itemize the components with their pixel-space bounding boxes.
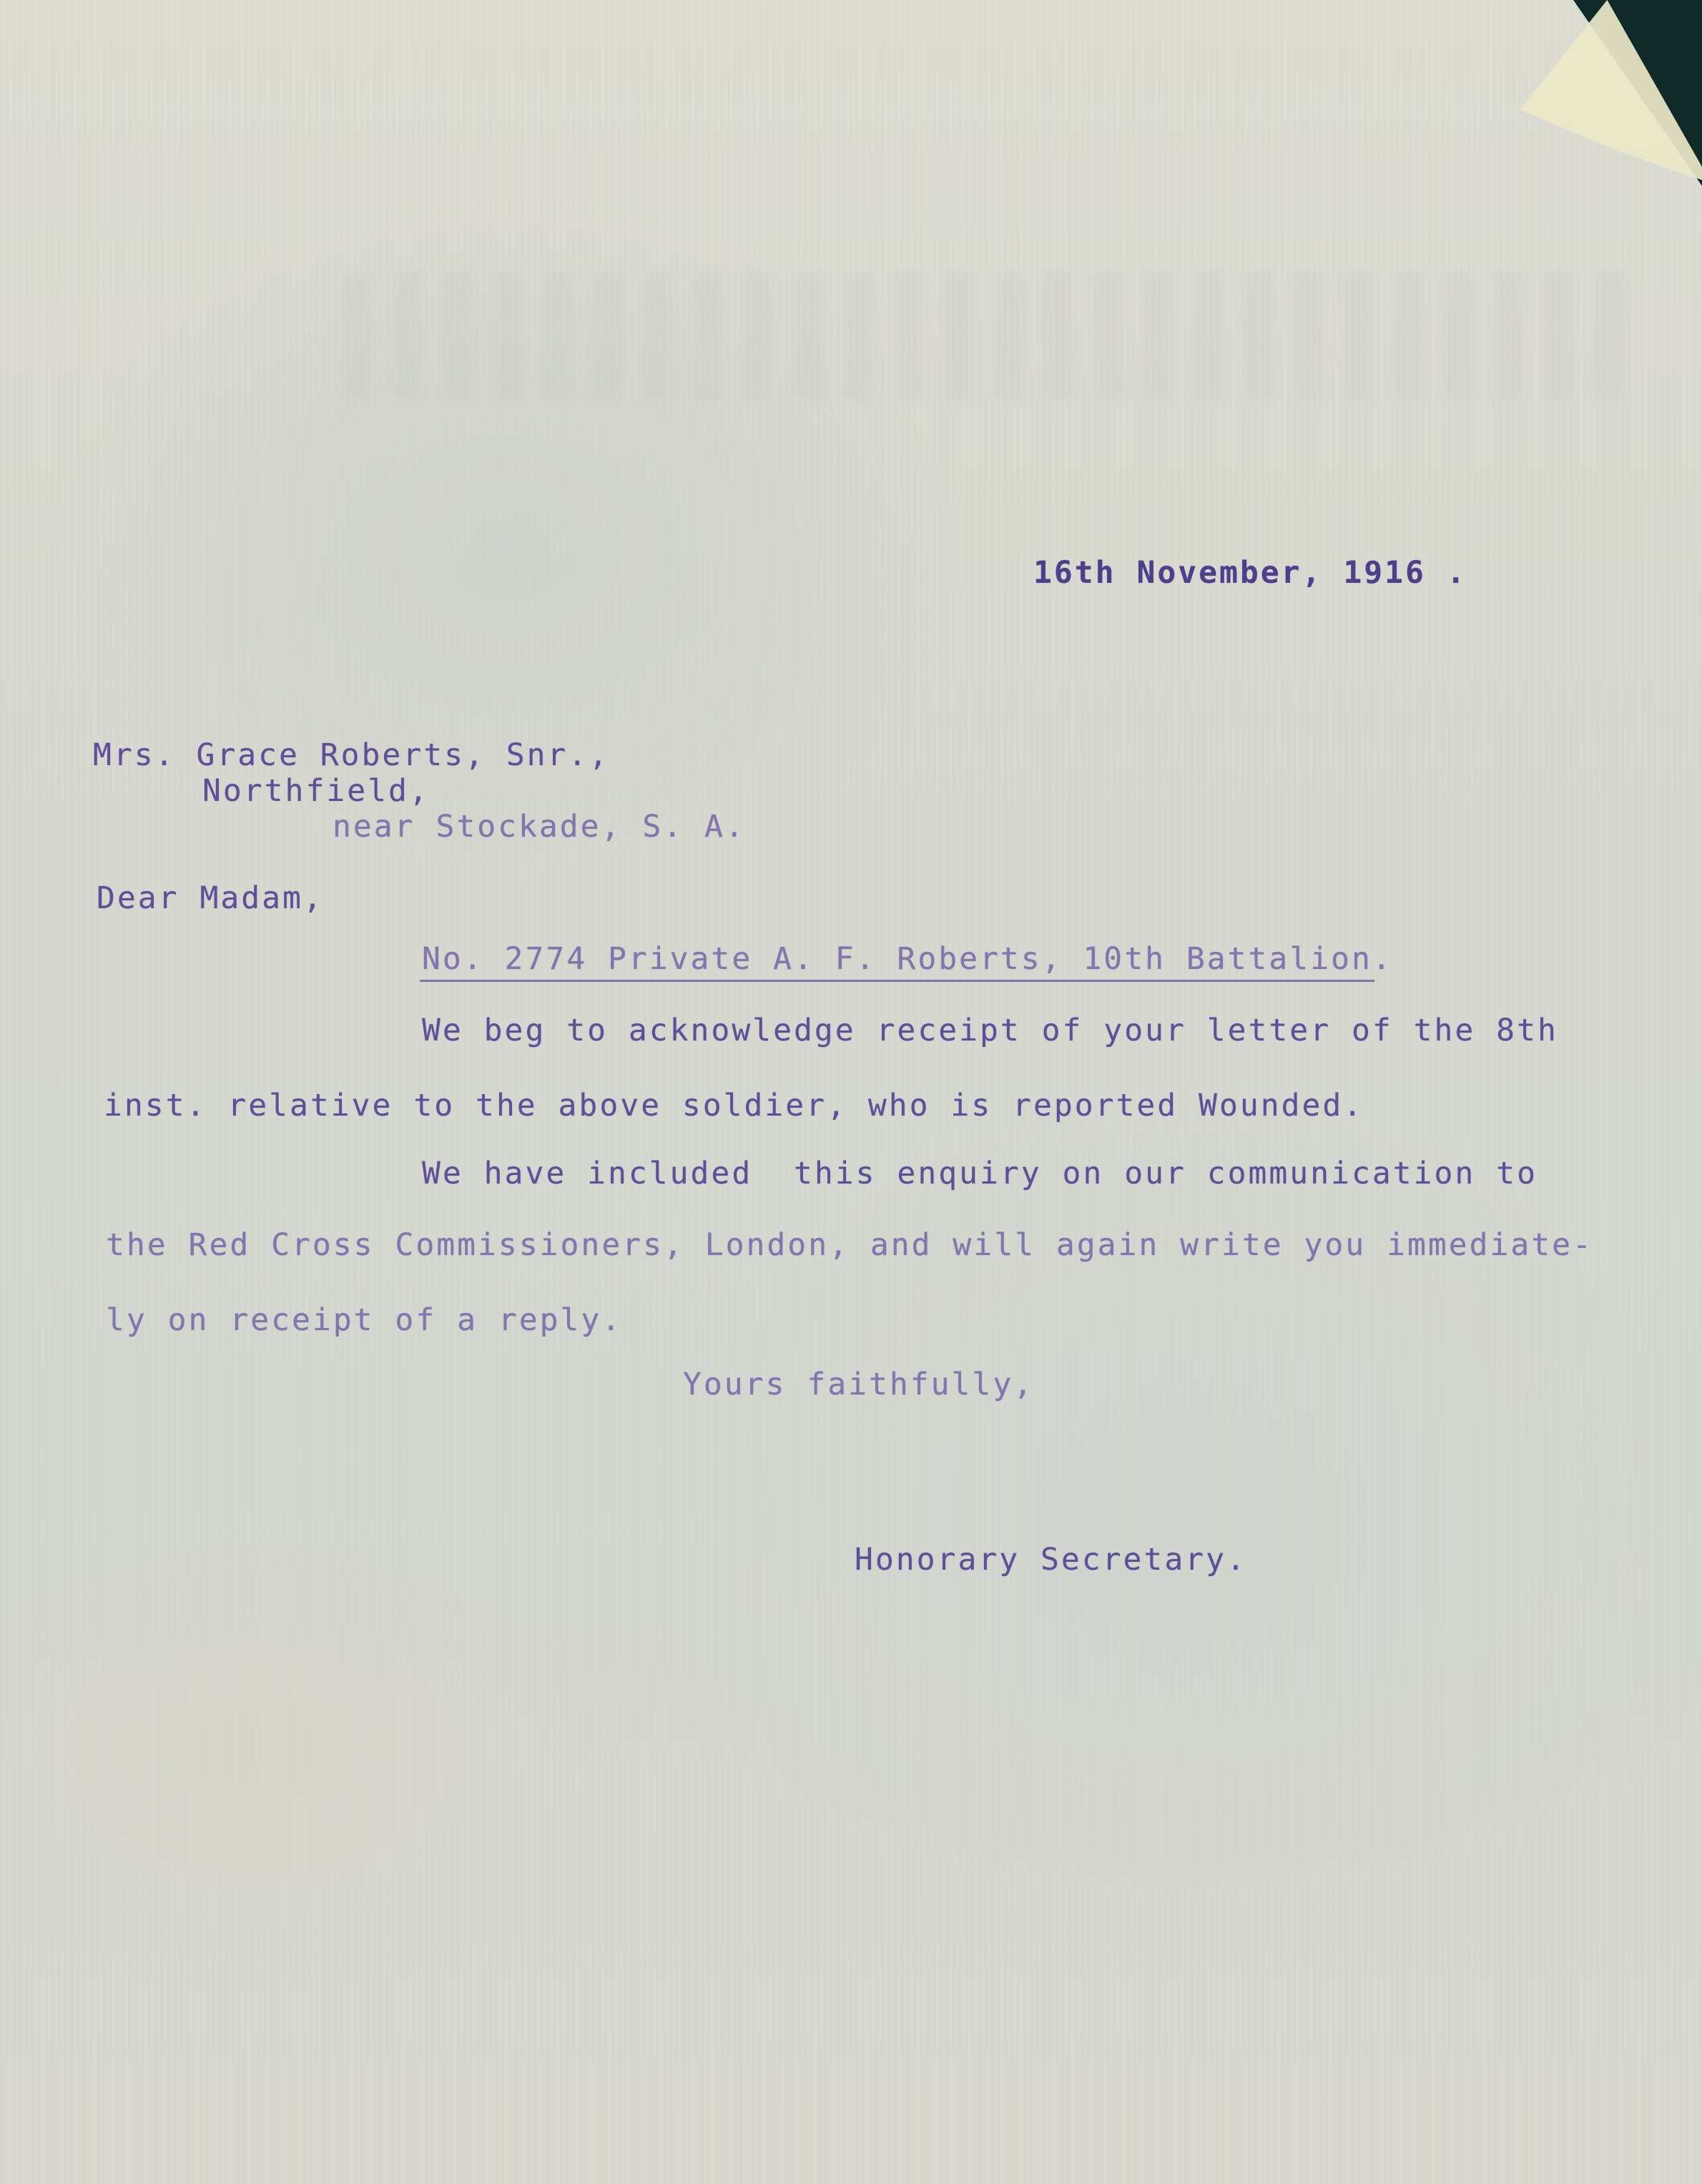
reference-underline — [420, 980, 1374, 982]
recipient-address-line2: near Stockade, S. A. — [333, 812, 746, 842]
body-paragraph2-line1: We have included this enquiry on our com… — [422, 1159, 1538, 1189]
letterhead-bleedthrough — [343, 272, 1645, 400]
signature-title: Honorary Secretary. — [855, 1545, 1247, 1575]
reference-line: No. 2774 Private A. F. Roberts, 10th Bat… — [422, 944, 1393, 975]
salutation: Dear Madam, — [97, 883, 324, 914]
body-paragraph1-line2: inst. relative to the above soldier, who… — [104, 1091, 1364, 1121]
letter-date: 16th November, 1916 . — [1033, 558, 1467, 589]
body-paragraph2-line3: ly on receipt of a reply. — [106, 1305, 622, 1336]
body-paragraph2-line2: the Red Cross Commissioners, London, and… — [106, 1230, 1593, 1261]
body-paragraph1-line1: We beg to acknowledge receipt of your le… — [422, 1015, 1558, 1046]
recipient-name: Mrs. Grace Roberts, Snr., — [93, 740, 609, 771]
closing: Yours faithfully, — [683, 1369, 1034, 1400]
recipient-address-line1: Northfield, — [202, 776, 430, 807]
